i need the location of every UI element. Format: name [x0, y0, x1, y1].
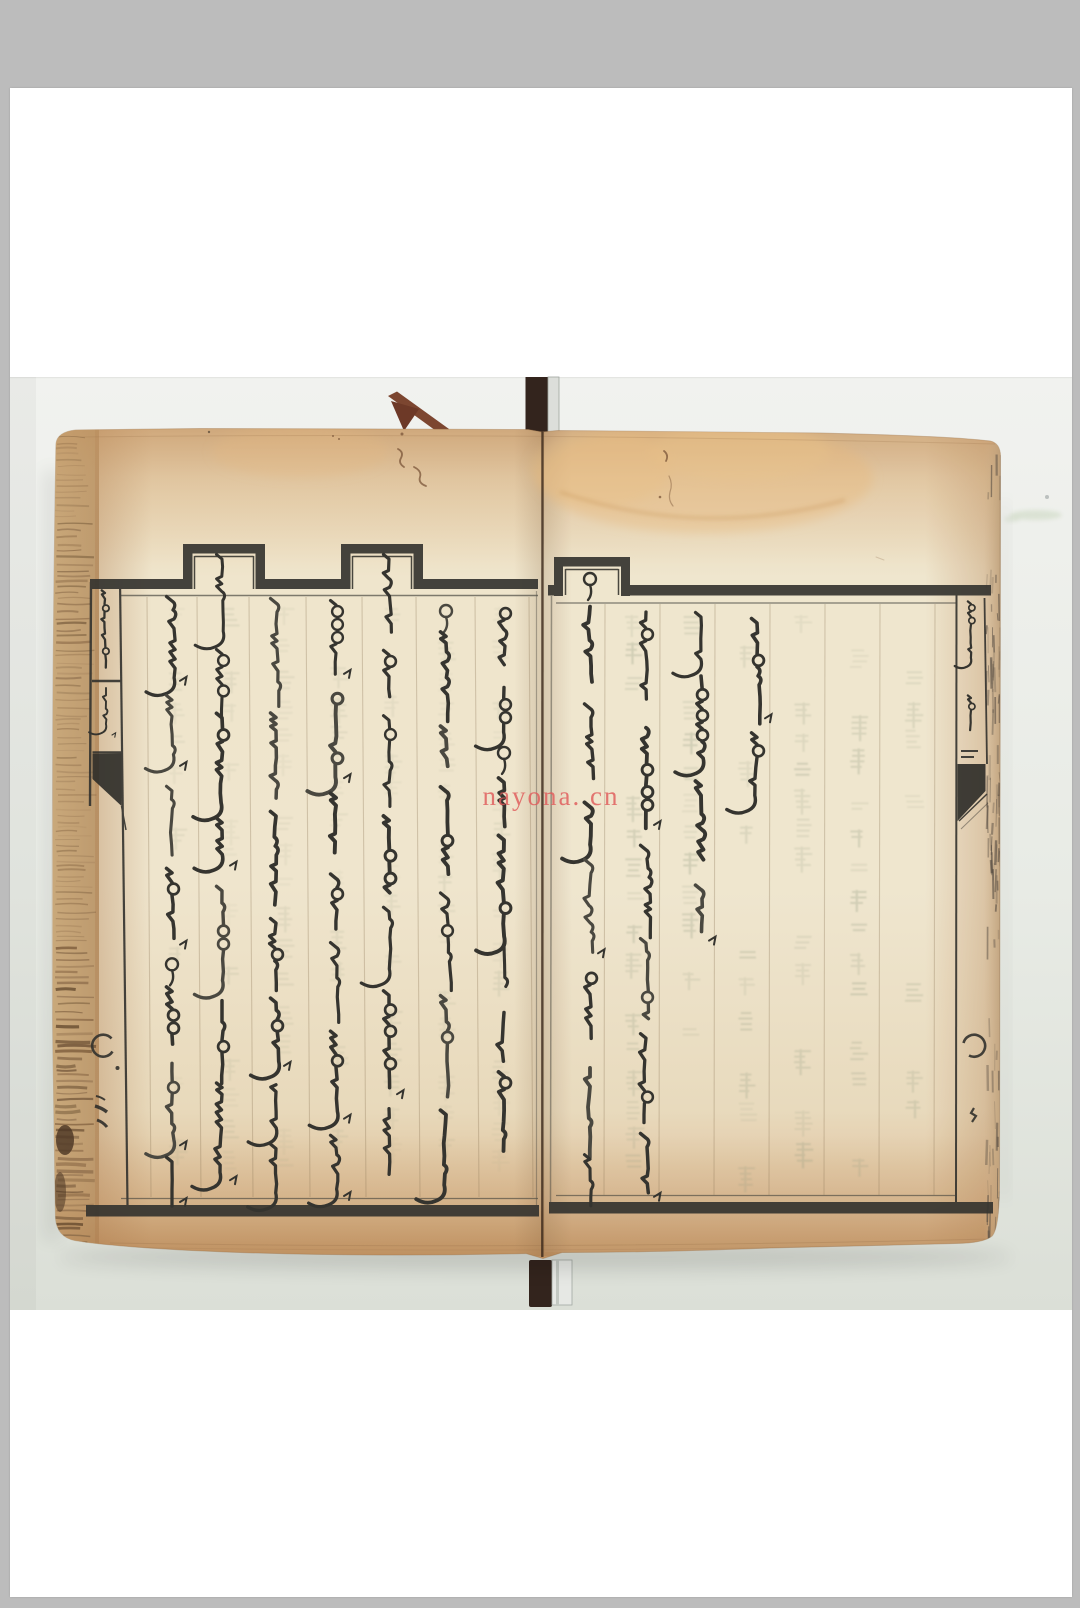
- book-spread: [52, 423, 1003, 1260]
- screenshot-root: nayona. cn: [0, 0, 1080, 1608]
- manuscript-photo: [0, 0, 1080, 1608]
